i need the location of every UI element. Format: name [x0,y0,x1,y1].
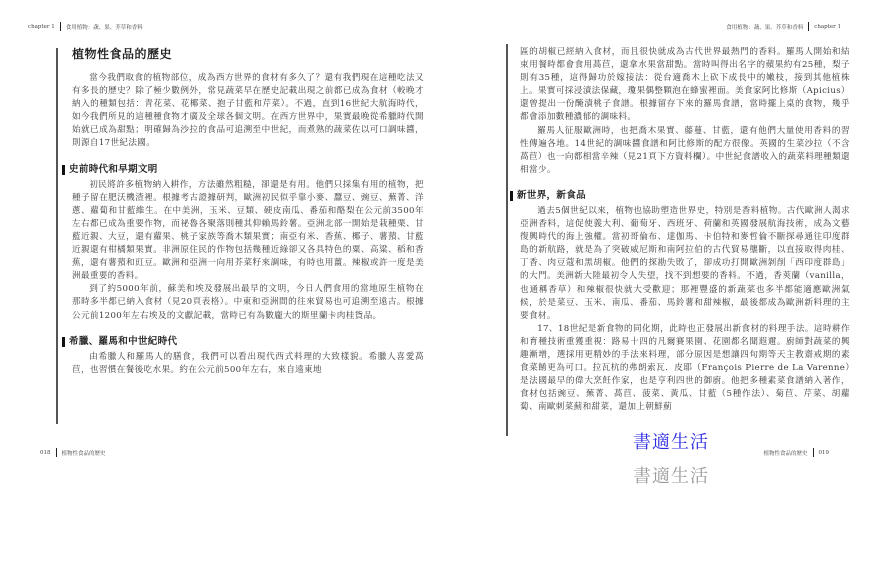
section-label: 食用植物：蔬、果、芥草和香料 [726,23,803,31]
page-number: 019 [819,450,830,456]
footer-title: 植物性食品的歷史 [62,449,106,457]
left-page: chapter 1 食用植物：蔬、果、芥草和香料 植物性食品的歷史 當今我們取食… [0,0,440,574]
watermark-blue: 書適生活 [633,428,709,454]
footer-divider [813,448,814,457]
page-body: 區的胡椒已經納入食材，而且很快就成為古代世界最熱門的香料。羅馬人開始和結束用餐時… [520,46,850,414]
intro-paragraph: 當今我們取食的植物部位，成為西方世界的食材有多久了？還有我們現在這種吃法又有多長… [72,72,424,151]
section-heading: 史前時代和早期文明 [62,163,424,177]
heading-bar-icon [62,337,65,347]
paragraph: 到了約5000年前，蘇美和埃及發展出最早的文明，今日人們食用的當地原生植物在那時… [72,283,424,322]
footer-divider [56,448,57,457]
paragraph: 羅馬人征服歐洲時，也把喬木果實、藤蔓、甘藍，還有他們大量使用香料的習性傳遍各地。… [520,125,850,177]
margin-rule [506,44,508,436]
paragraph: 17、18世紀是新食物的同化期，此時也正發展出新食材的料理手法。這時耕作和育種技… [520,323,850,415]
header-divider [808,22,809,31]
running-footer: 018 植物性食品的歷史 [40,448,106,457]
running-footer: 植物性食品的歷史 019 [763,448,829,457]
section-label: 食用植物：蔬、果、芥草和香料 [66,23,143,31]
footer-title: 植物性食品的歷史 [763,449,807,457]
section-greece-rome: 希臘、羅馬和中世紀時代 由希臘人和羅馬人的膳食，我們可以看出現代西式料理的大致樣… [72,335,424,377]
section-prehistory: 史前時代和早期文明 初民將許多植物納入耕作，方法雖然粗糙，卻還是有用。他們只採集… [72,163,424,323]
heading-bar-icon [510,191,513,201]
paragraph: 由希臘人和羅馬人的膳食，我們可以看出現代西式料理的大致樣貌。希臘人喜愛萵苣，也習… [72,351,424,377]
running-header: chapter 1 食用植物：蔬、果、芥草和香料 [28,22,143,31]
paragraph: 初民將許多植物納入耕作，方法雖然粗糙，卻還是有用。他們只採集有用的植物，把種子留… [72,179,424,284]
running-header: 食用植物：蔬、果、芥草和香料 chapter 1 [726,22,841,31]
section-heading-text: 史前時代和早期文明 [69,163,158,177]
section-new-world: 新世界，新食品 過去5個世紀以來，植物也協助塑造世界史，特別是香料植物。古代歐洲… [520,189,850,415]
section-heading: 希臘、羅馬和中世紀時代 [62,335,424,349]
continued-paragraph: 區的胡椒已經納入食材，而且很快就成為古代世界最熱門的香料。羅馬人開始和結束用餐時… [520,46,850,125]
watermark-gray: 書適生活 [633,462,709,488]
chapter-label: chapter 1 [28,24,55,30]
page-title: 植物性食品的歷史 [72,46,424,62]
chapter-label: chapter 1 [814,24,841,30]
page-body: 植物性食品的歷史 當今我們取食的植物部位，成為西方世界的食材有多久了？還有我們現… [72,46,424,377]
margin-rule [56,48,58,424]
page-number: 018 [40,450,51,456]
section-heading-text: 新世界，新食品 [517,189,586,203]
section-heading: 新世界，新食品 [510,189,850,203]
heading-bar-icon [62,165,65,175]
header-divider [60,22,61,31]
section-heading-text: 希臘、羅馬和中世紀時代 [69,335,177,349]
paragraph: 過去5個世紀以來，植物也協助塑造世界史，特別是香料植物。古代歐洲人渴求亞洲香料，… [520,205,850,323]
